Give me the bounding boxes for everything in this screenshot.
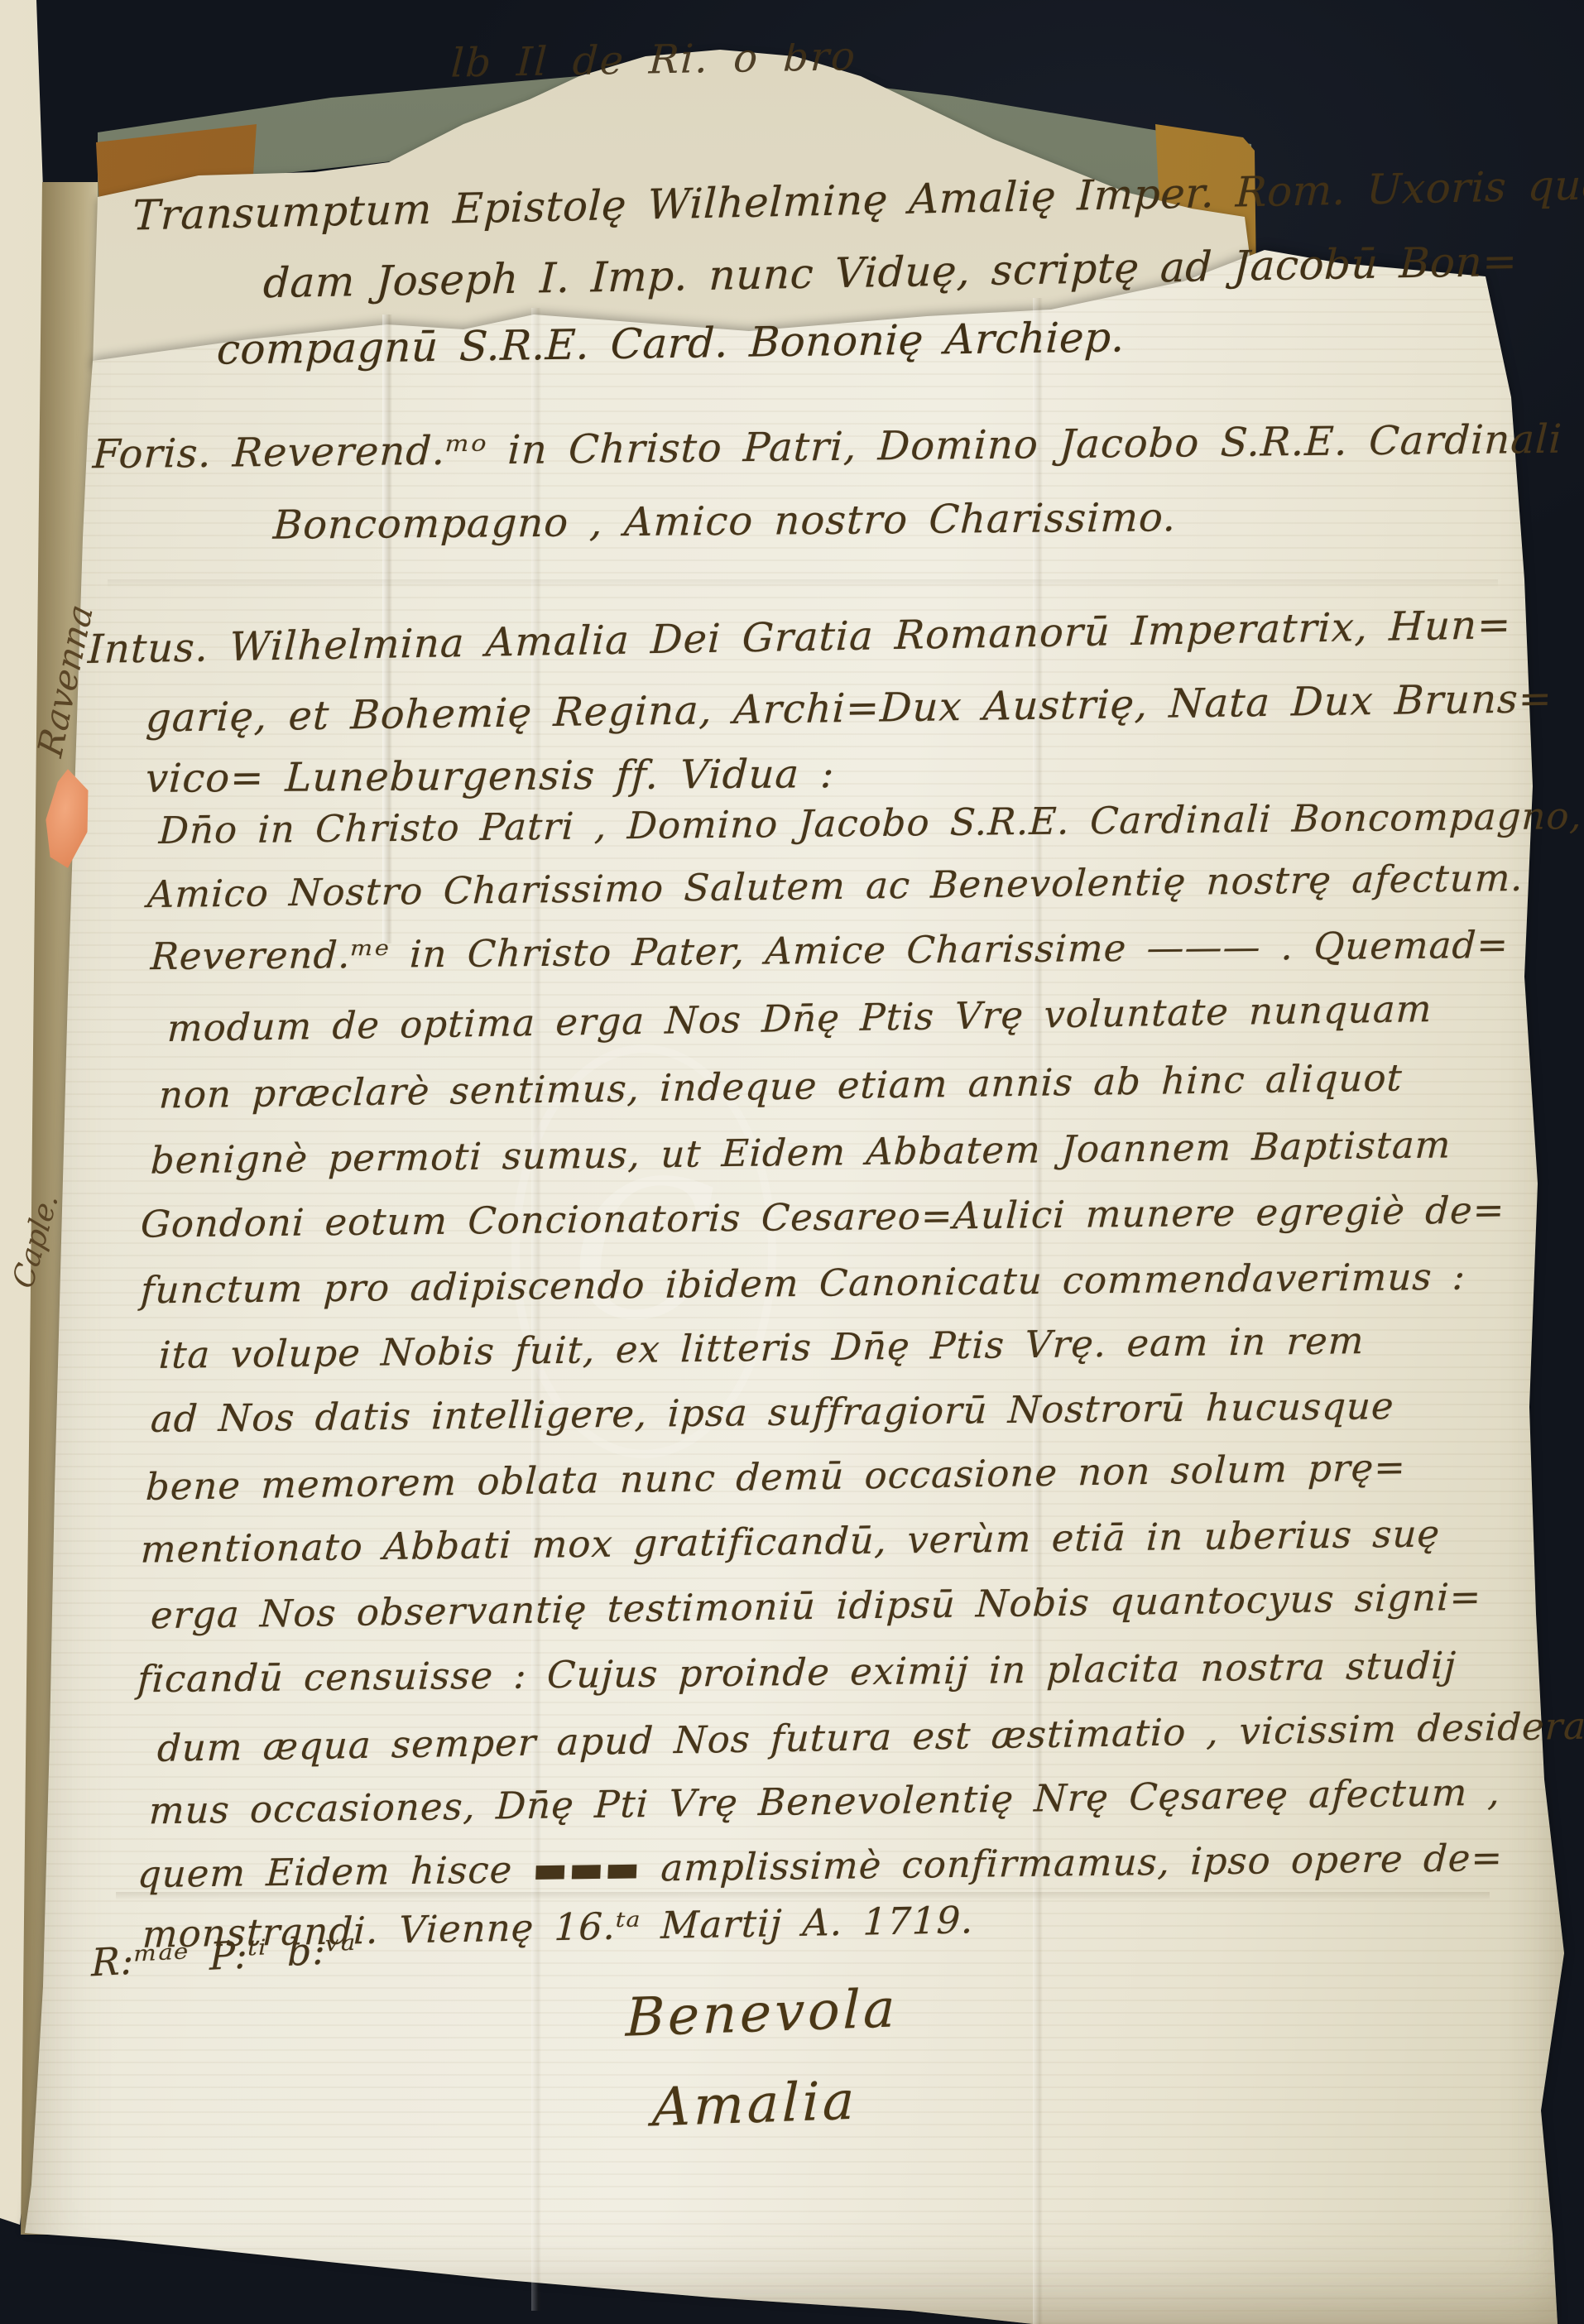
manuscript-photo: lb Il de Ri. o bro C Ravenna Caple. Tran…	[0, 0, 1584, 2324]
fold-crease	[108, 579, 1498, 588]
fold-crease	[1033, 298, 1043, 2324]
letter-line: vico= Luneburgensis ff. Vidua :	[145, 751, 836, 802]
signature-line-2: Amalia	[651, 2071, 857, 2139]
fold-crease	[531, 308, 541, 2311]
letter-line: Boncompagno , Amico nostro Charissimo.	[272, 494, 1178, 549]
signature-line-1: Benevola	[625, 1978, 898, 2049]
